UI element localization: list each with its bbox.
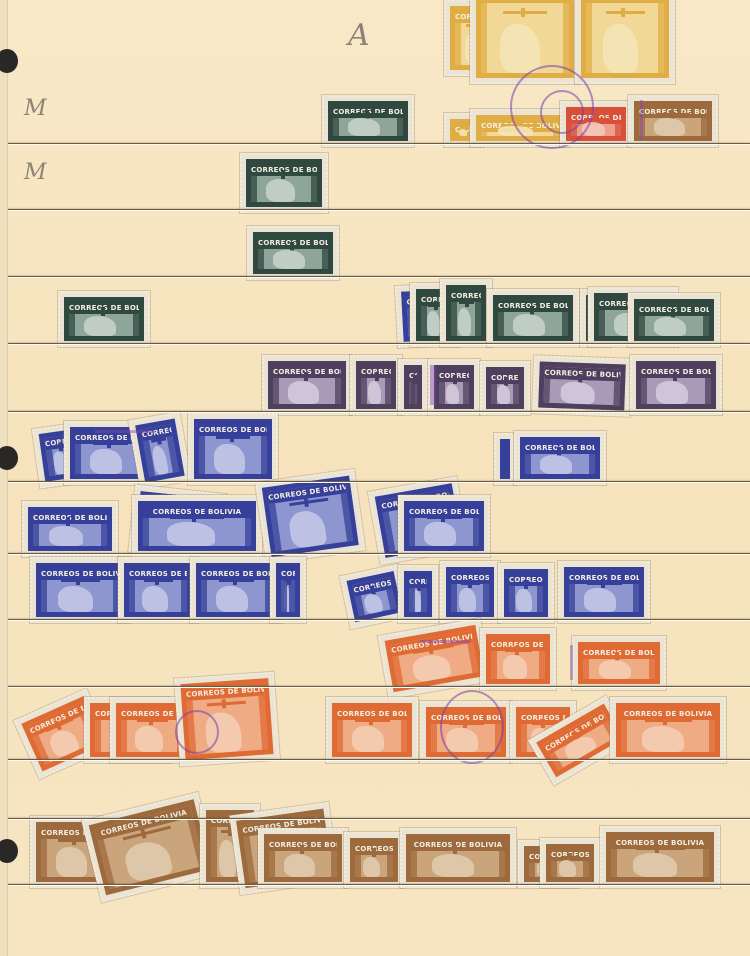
stamp-border-ornament	[703, 316, 709, 336]
stamp-border-ornament	[411, 851, 417, 877]
stamp-border-ornament	[121, 720, 127, 752]
airplane-icon	[518, 583, 535, 586]
airplane-icon	[587, 582, 622, 585]
stamp-violet: CORREOS DE BOLIVIA	[350, 355, 402, 415]
stamp-frame: CORREOS DE BOLIVIA	[268, 361, 346, 409]
airplane-icon	[516, 309, 551, 312]
map-icon	[363, 857, 380, 877]
stamp-frame: CORREOS DE BOLIVIA	[404, 571, 432, 617]
airplane-icon	[563, 376, 601, 380]
map-icon	[46, 726, 80, 760]
stamp-border-ornament	[101, 524, 107, 546]
stamp-blue: CORREOS DE BOLIVIA	[255, 469, 365, 564]
map-icon	[56, 847, 87, 877]
stamp-frame: CORREOS DE BOLIVIA	[328, 101, 408, 141]
stamp-brown: CORREOS DE BOLIVIA	[258, 828, 348, 888]
stamp-border-ornament	[261, 436, 267, 474]
stamp-frame: CORREOS DE BOLIVIA	[124, 563, 192, 617]
stamp-border-ornament	[411, 382, 417, 404]
stamp-border-ornament	[187, 700, 197, 754]
map-icon	[446, 728, 478, 752]
stamp-frame: CORREOS DE BOLIVIA	[606, 832, 714, 882]
airplane-icon	[61, 579, 100, 582]
stamp-border-ornament	[201, 580, 207, 612]
stamp-border-ornament	[383, 512, 396, 552]
airplane-icon	[532, 722, 554, 725]
stock-strip	[8, 411, 750, 412]
stamp-border-ornament	[41, 839, 47, 877]
stamp-border-ornament	[143, 518, 149, 546]
stamp-frame: CORREOS DE BOLIVIA	[135, 418, 184, 482]
map-icon	[273, 250, 305, 269]
stamp-green: CORREOS DE BOLIVIA	[487, 289, 579, 347]
stamp-frame: CORREOS DE BOLIVIA	[253, 232, 333, 274]
stamp-border-ornament	[633, 584, 639, 612]
stamp-border-ornament	[401, 720, 407, 752]
stamp-border-ornament	[641, 378, 647, 404]
stamp-border-ornament	[551, 861, 557, 877]
stamp-border-ornament	[599, 310, 605, 336]
stamp-border-ornament	[385, 378, 391, 404]
airplane-icon	[351, 113, 386, 116]
stamp-border-ornament	[243, 836, 255, 882]
stamp-border-ornament	[639, 316, 645, 336]
airplane-icon	[219, 579, 254, 582]
stamp-border-ornament	[649, 659, 655, 679]
stamp-frame: CORREOS DE BOLIVIA	[634, 101, 712, 141]
stock-strip	[8, 276, 750, 277]
airplane-icon	[659, 375, 694, 378]
stamp-frame: CORREOS DE BOLIVIA	[476, 115, 564, 141]
stamp-blue: CORREOS DE BOLIVIA	[440, 561, 500, 623]
airplane-icon	[52, 520, 89, 523]
stamp-border-ornament	[269, 503, 282, 551]
stock-strip	[8, 553, 750, 554]
stamp-frame: CORREOS DE BOLIVIA	[194, 419, 272, 479]
map-icon	[90, 449, 122, 474]
stamp-border-ornament	[393, 656, 404, 687]
stamp-border-ornament	[129, 580, 135, 612]
stamp-border-ornament	[553, 132, 559, 136]
stamp-border-ornament	[181, 580, 187, 612]
stamp-frame: CORREOS DE BOLIVIA	[89, 799, 211, 895]
stamp-border-ornament	[95, 720, 101, 752]
map-icon	[540, 455, 572, 474]
stamp-border-ornament	[337, 720, 343, 752]
stamp-frame: CORREOS DE BOLIVIA	[246, 159, 322, 207]
stamp-border-ornament	[33, 524, 39, 546]
stamp-green: CORREOS DE BOLIVIA	[440, 279, 492, 347]
stamp-frame: CORREOS DE BOLIVIA	[332, 703, 412, 757]
stamp-border-ornament	[505, 456, 510, 474]
stamp-border-ornament	[583, 659, 589, 679]
stamp-blue: CORREOS DE BOLIVIA	[514, 431, 606, 485]
stamp-border-ornament	[621, 720, 627, 752]
stamp-brown: CORREOS DE BOLIVIA	[400, 828, 516, 888]
airplane-icon	[645, 719, 692, 722]
stamp-border-ornament	[549, 752, 563, 771]
binder-hole-middle	[0, 446, 18, 470]
stamp-frame: CORREOS DE BOLIVIA	[636, 361, 716, 409]
stamp-violet: CORREOS DE BOLIVIA	[262, 355, 352, 415]
stamp-frame: CORREOS DE BOLIVIA	[616, 703, 720, 757]
stamp-frame: CORREOS DE BOLIVIA	[538, 362, 626, 411]
airplane-icon	[87, 310, 122, 313]
airplane-icon	[290, 375, 324, 378]
stamp-orange: CORREOS DE BOLIVIA	[572, 636, 666, 690]
map-icon	[368, 381, 382, 404]
stamp-frame: CORREOS DE BOLIVIA	[404, 501, 484, 551]
stamp-brown: CORREOS DE BOLIVIA	[81, 792, 218, 903]
stamp-border-ornament	[571, 124, 577, 136]
stamp-border-ornament	[701, 118, 707, 136]
stamp-blue: CORREOS DE BOLIVIA	[270, 557, 306, 623]
map-icon	[582, 122, 605, 136]
stamp-red: CORREOS DE BOLIVIA	[560, 101, 632, 147]
stamp-green: CORREOS DE BOLIVIA	[322, 95, 414, 147]
airplane-icon	[656, 113, 690, 116]
stamp-brown: CORREOS DE BOLIVIA	[344, 832, 404, 888]
stamp-frame: CORREOS DE BOLIVIA	[578, 642, 660, 684]
stamp-title: CORREOS DE BOLIVIA	[586, 0, 664, 3]
map-icon	[497, 385, 510, 404]
stamp-border-ornament	[467, 643, 478, 674]
map-icon	[58, 586, 93, 612]
map-icon	[498, 126, 533, 136]
stamp-green: CORREOS DE BOLIVIA	[247, 226, 339, 280]
stamp-frame: CORREOS DE BOLIVIA	[426, 707, 506, 757]
handwritten-mark-a: A	[348, 18, 370, 53]
stamp-border-ornament	[563, 3, 569, 73]
airplane-icon	[93, 442, 128, 445]
stamp-frame: CORREOS DE BOLIVIA	[36, 563, 124, 617]
stock-strip	[8, 686, 750, 687]
map-icon	[288, 509, 328, 550]
stamp-border-ornament	[281, 580, 287, 612]
stamp-blue: CORREOS DE BOLIVIA	[128, 412, 191, 490]
stamp-border-ornament	[491, 651, 497, 679]
map-icon	[599, 660, 631, 679]
stamp-border-ornament	[322, 249, 328, 269]
stamp-frame: CORREOS DE BOLIVIA	[500, 439, 510, 479]
stamp-border-ornament	[615, 124, 621, 136]
stamp-border-ornament	[245, 518, 251, 546]
airplane-icon	[584, 118, 609, 121]
airplane-icon	[459, 301, 474, 304]
stamp-border-ornament	[569, 584, 575, 612]
stamp-border-ornament	[537, 586, 543, 612]
airplane-icon	[543, 450, 578, 453]
stamp-border-ornament	[451, 302, 457, 336]
stock-strip	[8, 143, 750, 144]
stamp-frame: CORREOS DE BOLIVIA	[476, 0, 574, 78]
stamp-blue: CORREOS DE BOLIVIA	[118, 557, 198, 623]
map-icon	[503, 655, 527, 679]
stock-strip	[8, 619, 750, 620]
stamp-frame: CORREOS DE BOLIVIA	[446, 285, 486, 341]
stamp-border-ornament	[331, 851, 337, 877]
stamp-blue: CORREOS DE BOLIVIA	[30, 557, 130, 623]
stamp-frame: CORREOS DE BOLIVIA	[546, 844, 594, 882]
stock-strip	[8, 884, 750, 885]
stamp-blue: CORREOS DE BOLIVIA	[498, 563, 554, 623]
airplane-icon	[170, 516, 224, 519]
stamp-frame: CORREOS DE BOLIVIA	[566, 107, 626, 141]
map-icon	[348, 118, 380, 136]
stamp-frame: CORREOS DE BOLIVIA	[138, 501, 256, 551]
map-icon	[288, 381, 319, 404]
stamp-border-ornament	[333, 118, 339, 136]
stamp-yellow: CORREOS DE BOLIVIA	[575, 0, 675, 84]
stamp-orange: CORREOS DE BOLIVIA	[610, 697, 726, 763]
airplane-icon	[449, 722, 484, 725]
stamp-border-ornament	[499, 851, 505, 877]
map-icon	[167, 522, 216, 546]
map-icon	[516, 589, 531, 612]
stamp-border-ornament	[611, 849, 617, 877]
airplane-icon	[498, 380, 512, 383]
stamp-border-ornament	[273, 378, 279, 404]
stamp-orange: CORREOS DE BOLIVIA	[326, 697, 418, 763]
stamp-violet: CORREOS DE BOLIVIA	[428, 359, 480, 415]
airplane-icon	[435, 848, 482, 851]
map-icon	[424, 522, 456, 546]
map-icon	[427, 311, 440, 336]
stamp-border-ornament	[355, 595, 365, 616]
stamp-frame: CORREOS DE BOLIVIA	[634, 299, 714, 341]
map-icon	[559, 860, 576, 877]
stamp-border-ornament	[409, 518, 415, 546]
stamp-border-ornament	[525, 454, 531, 474]
map-icon	[633, 853, 677, 877]
stamp-border-ornament	[658, 3, 664, 73]
stamp-frame: CORREOS DE BOLIVIA	[264, 834, 342, 882]
airplane-icon	[461, 582, 480, 585]
map-icon	[500, 24, 540, 73]
stamp-frame: CORREOS DE BOLIVIA	[276, 563, 300, 617]
stamp-border-ornament	[473, 518, 479, 546]
stamp-border-ornament	[340, 493, 353, 541]
airplane-icon	[365, 851, 384, 854]
stamp-border-ornament	[258, 249, 264, 269]
stamp-frame: CORREOS DE BOLIVIA	[180, 678, 273, 760]
stamp-border-ornament	[529, 863, 535, 877]
stamp-border-ornament	[355, 855, 361, 877]
stamp-border-ornament	[451, 584, 457, 612]
map-icon	[214, 444, 245, 474]
airplane-icon	[144, 579, 173, 582]
stamp-title: CORREOS DE BOLIVIA	[481, 0, 569, 3]
stock-strip	[8, 818, 750, 819]
airplane-icon	[657, 312, 692, 315]
airplane-icon	[606, 11, 645, 14]
stock-strip	[8, 343, 750, 344]
stamp-border-ornament	[409, 588, 415, 612]
stamp-frame: CORREOS DE BOLIVIA	[356, 361, 396, 409]
airplane-icon	[561, 856, 580, 859]
airplane-icon	[636, 847, 685, 850]
stamp-border-ornament	[167, 436, 179, 472]
stamp-border-ornament	[543, 379, 550, 403]
stamp-border-ornament	[335, 378, 341, 404]
map-icon	[432, 854, 474, 877]
stamp-border-ornament	[509, 586, 515, 612]
stamp-frame: CORREOS DE BOLIVIA	[262, 476, 359, 558]
airplane-icon	[355, 719, 390, 722]
map-icon	[411, 652, 452, 683]
stamp-orange: CORREOS DE BOLIVIA	[420, 701, 512, 763]
stamp-border-ornament	[455, 23, 461, 65]
stamp-violet: CORREOS DE BOLIVIA	[480, 361, 530, 415]
stamp-blue: CORREOS DE BOLIVIA	[398, 495, 490, 557]
stamp-blue: CORREOS DE BOLIVIA	[398, 565, 438, 623]
stamp-frame: CORREOS DE BOLIVIA	[347, 571, 403, 622]
stamp-border-ornament	[311, 176, 317, 202]
map-icon	[654, 118, 685, 136]
map-icon	[205, 712, 243, 754]
stock-strip	[8, 209, 750, 210]
stamp-border-ornament	[500, 456, 505, 474]
map-icon	[459, 588, 476, 612]
stamp-border-ornament	[586, 3, 592, 73]
stamp-blue: CORREOS DE BOLIVIA	[188, 413, 278, 485]
stamp-frame: CORREOS DE BOLIVIA	[446, 567, 494, 617]
stamp-border-ornament	[483, 584, 489, 612]
stamp-frame: CORREOS DE BOLIVIA	[406, 834, 510, 882]
page-left-edge	[0, 0, 8, 956]
airplane-icon	[216, 436, 250, 439]
binder-hole-top	[0, 49, 18, 73]
stamp-border-ornament	[431, 724, 437, 752]
map-icon	[458, 308, 472, 336]
map-icon	[135, 726, 163, 752]
stamp-border-ornament	[75, 444, 81, 474]
airplane-icon	[601, 655, 637, 658]
stamp-frame: CORREOS DE BOLIVIA	[493, 295, 573, 341]
airplane-icon	[505, 649, 532, 652]
handwritten-mark-m: M	[24, 96, 47, 121]
stamp-border-ornament	[481, 132, 487, 136]
stamp-green: CORREOS DE BOLIVIA	[58, 291, 150, 347]
map-icon	[584, 588, 616, 612]
airplane-icon	[268, 173, 301, 176]
stamp-blue: CORREOS DE BOLIVIA	[22, 501, 118, 557]
map-icon	[266, 179, 296, 202]
map-icon	[216, 586, 248, 612]
stamp-frame: CORREOS DE BOLIVIA	[486, 367, 524, 409]
stamp-border-ornament	[495, 724, 501, 752]
map-icon	[142, 586, 168, 612]
map-icon	[656, 381, 688, 404]
stamp-border-ornament	[539, 651, 545, 679]
handwritten-mark-m: M	[24, 160, 47, 185]
map-icon	[84, 316, 116, 336]
map-icon	[459, 129, 467, 136]
stamp-border-ornament	[258, 695, 268, 749]
stamp-frame: CORREOS DE BOLIVIA	[486, 634, 550, 684]
stamp-border-ornament	[69, 314, 75, 336]
stamp-frame: CORREOS DE BOLIVIA	[404, 365, 422, 409]
stamp-border-ornament	[251, 176, 257, 202]
binder-hole-bottom	[0, 839, 18, 863]
map-icon	[363, 592, 384, 614]
stamp-frame: CORREOS DE BOLIVIA	[564, 567, 644, 617]
stamp-frame: CORREOS DE BOLIVIA	[196, 563, 276, 617]
map-icon	[642, 726, 684, 752]
stamp-border-ornament	[562, 312, 568, 336]
stamp-border-ornament	[475, 302, 481, 336]
stamp-violet: CORREOS DE BOLIVIA	[398, 359, 428, 415]
stamp-border-ornament	[709, 720, 715, 752]
map-icon	[654, 317, 686, 336]
stamp-frame: CORREOS DE BOLIVIA	[520, 437, 600, 479]
airplane-icon	[427, 516, 462, 519]
stamp-border-ornament	[387, 855, 393, 877]
map-icon	[560, 382, 595, 405]
stamp-border-ornament	[703, 849, 709, 877]
stamp-yellow: CORREOS DE BOLIVIA	[470, 109, 570, 147]
stamp-green: CORREOS DE BOLIVIA	[240, 153, 328, 213]
stamp-border-ornament	[583, 861, 589, 877]
stamp-border-ornament	[481, 3, 487, 73]
map-icon	[603, 24, 638, 73]
airplane-icon	[206, 701, 245, 707]
stamp-blue: CORREOS DE BOLIVIA	[494, 433, 516, 485]
airplane-icon	[411, 378, 415, 381]
stamp-border-ornament	[639, 118, 645, 136]
stamp-frame: CORREOS DE BOLIVIA	[385, 625, 485, 692]
map-icon	[352, 726, 384, 752]
stamp-green: CORREOS DE BOLIVIA	[628, 293, 720, 347]
stamp-border-ornament	[386, 589, 396, 610]
stock-page: A M M CORREOS DE BOLIVIACORREOS DE BOLIV…	[0, 0, 750, 956]
airplane-icon	[137, 719, 168, 722]
stamp-border-ornament	[463, 382, 469, 404]
stamp-border-ornament	[589, 454, 595, 474]
stamp-border-ornament	[613, 381, 620, 405]
stamp-border-ornament	[397, 118, 403, 136]
stamp-border-ornament	[269, 851, 275, 877]
map-icon	[49, 526, 82, 546]
map-icon	[284, 854, 315, 877]
stamp-border-ornament	[41, 580, 47, 612]
stamp-brown: CORREOS DE BOLIVIA	[628, 95, 718, 147]
stamp-frame: CORREOS DE BOLIVIA	[434, 365, 474, 409]
stamp-border-ornament	[439, 382, 445, 404]
stamp-orange: CORREOS DE BOLIVIA	[480, 628, 556, 690]
stamp-border-ornament	[98, 839, 116, 889]
stamp-brown: CORREOS DE BOLIVIA	[540, 838, 600, 888]
map-icon	[122, 837, 174, 884]
stamp-border-ornament	[33, 735, 51, 765]
airplane-icon	[286, 848, 320, 851]
stamp-blue: CORREOS DE BOLIVIA	[190, 557, 282, 623]
stamp-violet: CORREOS DE BOLIVIA	[630, 355, 722, 415]
stamp-border-ornament	[513, 384, 519, 404]
stamp-border-ornament	[421, 588, 427, 612]
stock-strip	[8, 759, 750, 760]
stamp-frame: CORREOS DE BOLIVIA	[350, 838, 398, 882]
stamp-brown: CORREOS DE BOLIVIA	[600, 826, 720, 888]
stamp-border-ornament	[491, 384, 497, 404]
stamp-frame: CORREOS DE BOLIVIA	[581, 0, 669, 78]
stamp-blue: CORREOS DE BOLIVIA	[132, 495, 262, 557]
map-icon	[446, 384, 460, 404]
stamp-yellow: CORREOS DE BOLIVIA	[470, 0, 580, 84]
airplane-icon	[447, 378, 462, 381]
airplane-icon	[369, 375, 384, 378]
stamp-frame: CORREOS DE BOLIVIA	[64, 297, 144, 341]
